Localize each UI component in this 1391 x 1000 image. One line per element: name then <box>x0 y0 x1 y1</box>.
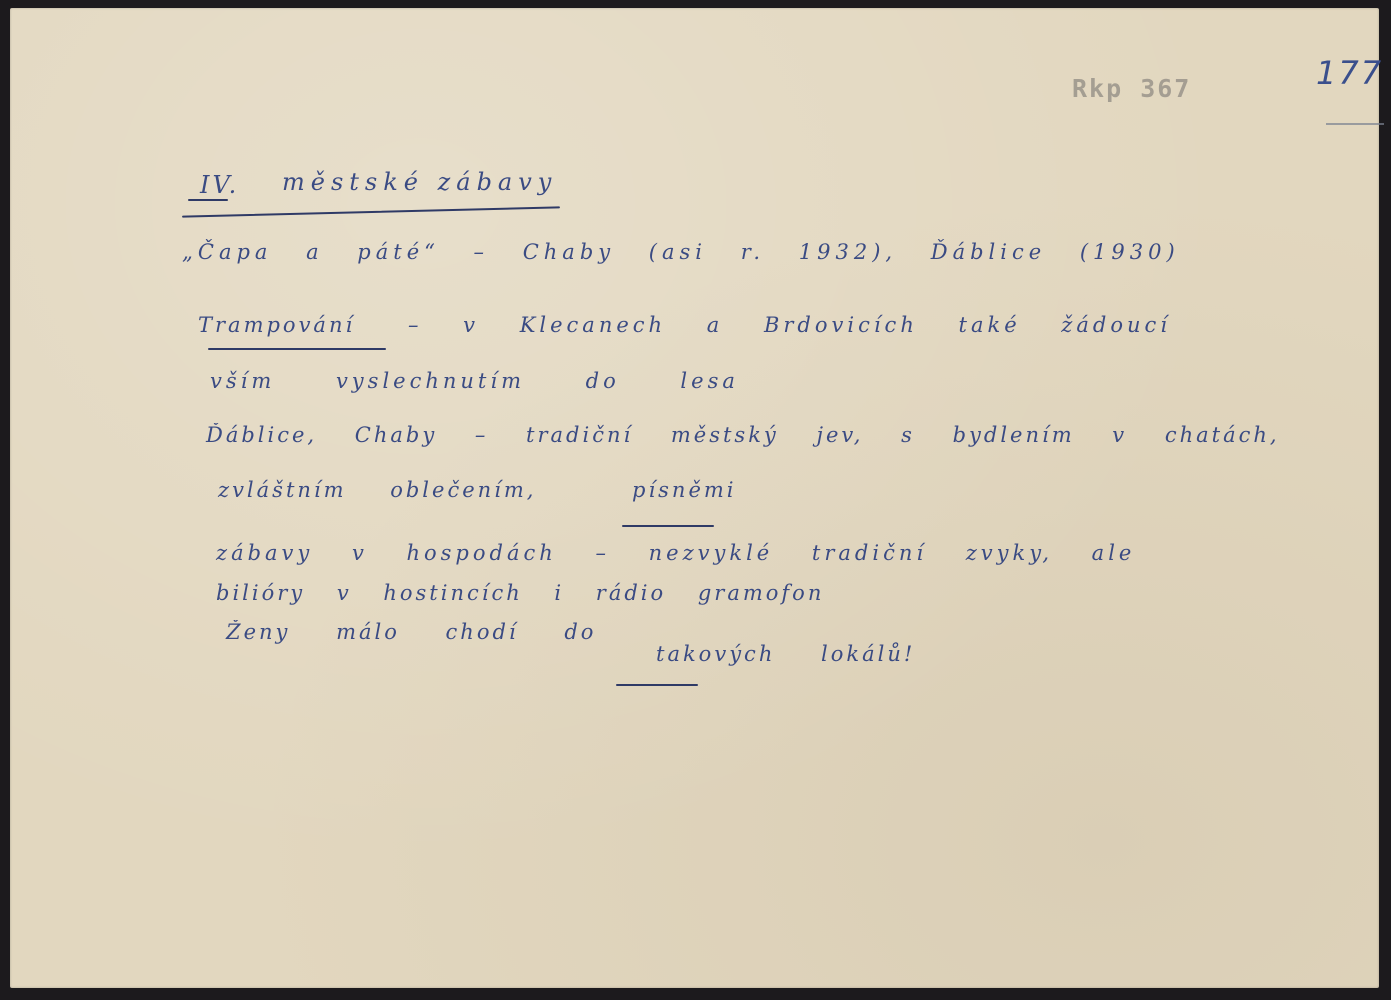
folio-number: 177 <box>1316 54 1383 92</box>
folio-divider <box>1326 123 1384 125</box>
note-line-5: zvláštním oblečením, <box>218 478 536 502</box>
note-line-1: „Čapa a páté“ – Chaby (asi r. 1932), Ďáb… <box>182 240 1180 264</box>
heading-underline <box>182 206 560 217</box>
section-title: městské zábavy <box>282 168 557 196</box>
note-line-5-emphasis: písněmi <box>632 478 737 502</box>
note-line-8-end: takových lokálů! <box>656 642 915 666</box>
keyword-underline <box>208 348 386 350</box>
note-line-4: Ďáblice, Chaby – tradiční městský jev, s… <box>206 423 1280 447</box>
section-number-underline <box>188 199 228 201</box>
archival-card: Rkp 367 177 IV. městské zábavy „Čapa a p… <box>10 8 1379 988</box>
final-underline <box>616 684 698 686</box>
emphasis-underline <box>622 525 714 527</box>
note-line-7: bilióry v hostincích i rádio gramofon <box>216 581 824 605</box>
section-number: IV. <box>200 171 239 199</box>
note-line-2-keyword: Trampování <box>198 313 355 337</box>
note-line-8: Ženy málo chodí do <box>226 620 596 644</box>
note-line-2: – v Klecanech a Brdovicích také žádoucí <box>408 313 1171 337</box>
note-line-6: zábavy v hospodách – nezvyklé tradiční z… <box>216 541 1135 565</box>
archive-stamp: Rkp 367 <box>1072 74 1191 103</box>
note-line-3: vším vyslechnutím do lesa <box>210 369 739 393</box>
